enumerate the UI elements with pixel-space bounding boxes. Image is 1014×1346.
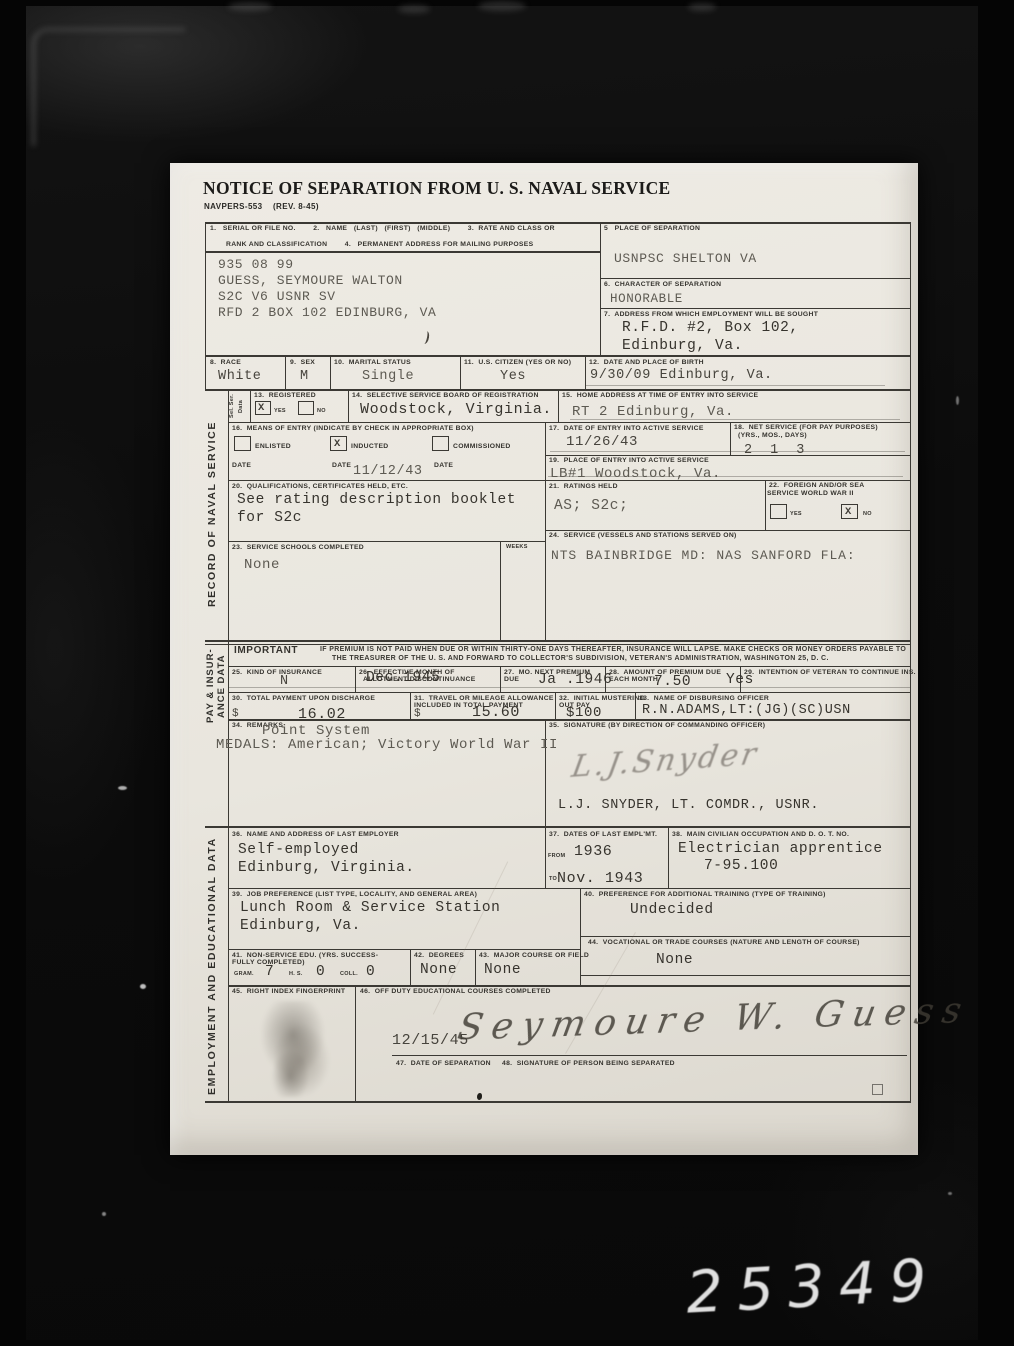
checkbox-inducted-mark: X xyxy=(334,438,340,450)
field-effective-month: Dec.1945 xyxy=(366,670,440,686)
label-additional-training: 40. PREFERENCE FOR ADDITIONAL TRAINING (… xyxy=(584,891,826,898)
label-disbursing-officer: 33. NAME OF DISBURSING OFFICER xyxy=(639,695,769,702)
field-qualifications-2: for S2c xyxy=(237,510,302,526)
field-remarks-2: MEDALS: American; Victory World War II xyxy=(216,737,558,753)
field-selective-service-board: Woodstock, Virginia. xyxy=(360,401,552,418)
label-rank-address: RANK AND CLASSIFICATION 4. PERMANENT ADD… xyxy=(226,241,533,248)
label-foreign-sea-service-1: 22. FOREIGN AND/OR SEA xyxy=(769,482,864,489)
photo-smudge xyxy=(688,3,716,11)
label-intention-continue: 29. INTENTION OF VETERAN TO CONTINUE INS… xyxy=(744,669,916,676)
field-job-preference-2: Edinburg, Va. xyxy=(240,918,361,934)
field-total-payment-dollar: $ xyxy=(232,708,239,720)
label-qualifications: 20. QUALIFICATIONS, CERTIFICATES HELD, E… xyxy=(232,483,408,490)
rule xyxy=(205,644,910,645)
label-non-service-edu-1: 41. NON-SERVICE EDU. (YRS. SUCCESS- xyxy=(232,952,378,959)
checkbox-registered-no xyxy=(298,401,314,415)
field-mustering-out-pay: $100 xyxy=(566,705,602,721)
rule xyxy=(205,355,910,357)
section-label-record-of-naval-service: RECORD OF NAVAL SERVICE xyxy=(206,425,218,607)
section-label-selective-service-2: Data xyxy=(238,393,244,419)
label-date-inducted: DATE xyxy=(332,462,351,469)
field-last-employer-1: Self-employed xyxy=(238,842,359,858)
label-marital-status: 10. MARITAL STATUS xyxy=(334,359,411,366)
field-ratings-held: AS; S2c; xyxy=(554,498,628,514)
field-service-vessels-stations: NTS BAINBRIDGE MD: NAS SANFORD FLA: xyxy=(551,548,856,563)
rule xyxy=(250,389,251,422)
label-kind-of-insurance: 25. KIND OF INSURANCE xyxy=(232,669,322,676)
label-means-of-entry: 16. MEANS OF ENTRY (INDICATE BY CHECK IN… xyxy=(232,425,474,432)
field-dot-number: 7-95.100 xyxy=(704,858,778,874)
scanned-photo: 25349 NOTICE OF SEPARATION FROM U. S. NA… xyxy=(0,0,1014,1346)
field-name: GUESS, SEYMOURE WALTON xyxy=(218,273,403,288)
rule xyxy=(460,355,461,389)
label-employment-to: TO xyxy=(549,876,557,882)
section-label-pay-insurance-2: ANCE DATA xyxy=(216,649,227,723)
photo-smudge xyxy=(228,2,272,11)
label-commissioned: COMMISSIONED xyxy=(453,443,511,450)
label-important: IMPORTANT xyxy=(234,645,298,656)
document-paper: NOTICE OF SEPARATION FROM U. S. NAVAL SE… xyxy=(170,163,918,1155)
photo-frame-corner xyxy=(32,28,185,146)
label-last-employer: 36. NAME AND ADDRESS OF LAST EMPLOYER xyxy=(232,831,399,838)
field-home-address-entry: RT 2 Edinburg, Va. xyxy=(572,404,734,420)
field-travel-allowance: 15.60 xyxy=(472,704,520,721)
rule xyxy=(558,389,559,422)
rule xyxy=(228,985,910,987)
label-place-entry-active-service: 19. PLACE OF ENTRY INTO ACTIVE SERVICE xyxy=(549,457,709,464)
label-employment-from: FROM xyxy=(548,853,565,859)
field-place-entry-active-service: LB#1 Woodstock, Va. xyxy=(550,466,721,482)
field-sex: M xyxy=(300,369,309,384)
label-registered: 13. REGISTERED xyxy=(254,392,316,399)
label-travel-allowance-1: 31. TRAVEL OR MILEAGE ALLOWANCE xyxy=(414,695,554,702)
field-last-employer-2: Edinburg, Virginia. xyxy=(238,860,415,876)
rule xyxy=(585,385,885,386)
rule xyxy=(600,308,910,309)
field-disbursing-officer: R.N.ADAMS,LT:(JG)(SC)USN xyxy=(642,703,851,718)
rule xyxy=(668,828,669,888)
rule xyxy=(765,480,766,530)
photo-speck xyxy=(102,1212,106,1216)
rule xyxy=(500,541,501,640)
photo-speck xyxy=(118,786,127,790)
label-civilian-occupation: 38. MAIN CIVILIAN OCCUPATION AND D. O. T… xyxy=(672,831,849,838)
rule xyxy=(285,355,286,389)
field-date-entry-active-service: 11/26/43 xyxy=(566,434,638,450)
rule xyxy=(545,530,910,531)
label-sex: 9. SEX xyxy=(290,359,315,366)
rule xyxy=(545,828,546,888)
rule xyxy=(228,949,580,950)
rule xyxy=(585,355,586,389)
field-serial-number: 935 08 99 xyxy=(218,257,294,272)
ink-blot xyxy=(477,1093,482,1100)
field-travel-allowance-dollar: $ xyxy=(414,708,421,720)
label-high-school: H. S. xyxy=(289,971,303,977)
field-college-years: 0 xyxy=(366,964,375,980)
field-net-service: 2 1 3 xyxy=(744,443,805,458)
form-number: NAVPERS-553 (REV. 8-45) xyxy=(204,202,319,211)
label-mustering-out-pay-1: 32. INITIAL MUSTERING xyxy=(559,695,645,702)
rule xyxy=(500,666,501,692)
label-place-of-separation: 5 PLACE OF SEPARATION xyxy=(604,225,700,232)
field-induction-date: 11/12/43 xyxy=(353,464,423,479)
label-grammar-school: GRAM. xyxy=(234,971,254,977)
rule xyxy=(580,888,581,985)
rule xyxy=(730,422,731,455)
label-total-payment: 30. TOTAL PAYMENT UPON DISCHARGE xyxy=(232,695,375,702)
stray-pen-mark xyxy=(421,330,431,344)
rule xyxy=(410,692,411,719)
label-service-vessels-stations: 24. SERVICE (VESSELS AND STATIONS SERVED… xyxy=(549,532,737,539)
field-grammar-years: 7 xyxy=(265,964,274,980)
rule xyxy=(545,422,546,640)
label-registered-no: NO xyxy=(317,408,326,414)
rule xyxy=(205,826,910,828)
field-premium-amount: 7.50 xyxy=(654,674,691,690)
field-civilian-occupation: Electrician apprentice xyxy=(678,841,883,857)
photo-speck xyxy=(948,1192,952,1195)
field-commanding-officer-name: L.J. SNYDER, LT. COMDR., USNR. xyxy=(558,798,819,813)
label-registered-yes: YES xyxy=(274,408,286,414)
field-intention-continue: Yes xyxy=(726,672,754,688)
label-enlisted: ENLISTED xyxy=(255,443,291,450)
document-title: NOTICE OF SEPARATION FROM U. S. NAVAL SE… xyxy=(203,178,670,199)
commanding-officer-signature-script: L.J.Snyder xyxy=(569,736,762,785)
label-net-service: 18. NET SERVICE (FOR PAY PURPOSES) xyxy=(734,424,878,431)
photo-smudge xyxy=(398,5,430,13)
rule xyxy=(228,422,910,423)
checkbox-enlisted xyxy=(234,436,251,451)
field-marital-status: Single xyxy=(362,369,414,384)
rule xyxy=(555,692,556,719)
field-major-course: None xyxy=(484,962,521,978)
label-sea-service-yes: YES xyxy=(790,511,802,517)
rule xyxy=(600,278,910,279)
label-ratings-held: 21. RATINGS HELD xyxy=(549,483,618,490)
rule xyxy=(580,975,910,976)
label-employment-address: 7. ADDRESS FROM WHICH EMPLOYMENT WILL BE… xyxy=(604,311,818,318)
rule xyxy=(228,541,545,542)
label-race: 8. RACE xyxy=(210,359,241,366)
field-character-of-separation: HONORABLE xyxy=(610,292,683,306)
field-rate-class: S2C V6 USNR SV xyxy=(218,289,336,304)
important-text-2: THE TREASURER OF THE U. S. AND FORWARD T… xyxy=(332,655,829,662)
signature-rule xyxy=(392,1055,907,1056)
checkbox-commissioned xyxy=(432,436,449,451)
label-right-index-fingerprint: 45. RIGHT INDEX FINGERPRINT xyxy=(232,988,345,995)
rule xyxy=(910,222,911,1103)
separated-person-signature-script: Seymoure W. Guess xyxy=(455,990,974,1049)
label-sea-service-no: NO xyxy=(863,511,872,517)
label-premium-amount-2: EACH MONTH xyxy=(609,676,658,683)
label-employment-dates: 37. DATES OF LAST EMPL'MT. xyxy=(549,831,657,838)
section-label-pay-insurance-1: PAY & INSUR- xyxy=(205,645,216,727)
rule xyxy=(205,222,206,389)
field-qualifications-1: See rating description booklet xyxy=(237,492,516,508)
label-date-entry-active-service: 17. DATE OF ENTRY INTO ACTIVE SERVICE xyxy=(549,425,704,432)
rule xyxy=(600,222,601,355)
small-square-mark xyxy=(872,1084,883,1095)
field-place-of-separation: USNPSC SHELTON VA xyxy=(614,251,757,266)
rule xyxy=(580,936,910,937)
rule xyxy=(205,222,910,224)
rule xyxy=(545,719,546,826)
field-additional-training: Undecided xyxy=(630,902,714,918)
field-service-schools: None xyxy=(244,557,280,573)
fingerprint-impression xyxy=(256,1001,338,1097)
label-selective-service-board: 14. SELECTIVE SERVICE BOARD OF REGISTRAT… xyxy=(352,392,539,399)
rule xyxy=(228,666,910,667)
field-employment-to: Nov. 1943 xyxy=(557,870,643,887)
rule xyxy=(355,666,356,692)
rule xyxy=(475,949,476,985)
field-job-preference-1: Lunch Room & Service Station xyxy=(240,900,500,916)
section-label-employment-educational: EMPLOYMENT AND EDUCATIONAL DATA xyxy=(206,829,218,1103)
field-birth: 9/30/09 Edinburg, Va. xyxy=(590,368,773,383)
label-next-premium-2: DUE xyxy=(504,676,519,683)
label-date-commissioned: DATE xyxy=(434,462,453,469)
label-birth: 12. DATE AND PLACE OF BIRTH xyxy=(589,359,704,366)
label-off-duty-courses: 46. OFF DUTY EDUCATIONAL COURSES COMPLET… xyxy=(360,988,551,995)
rule xyxy=(228,888,910,889)
rule xyxy=(550,451,905,452)
rule xyxy=(410,949,411,985)
label-inducted: INDUCTED xyxy=(351,443,389,450)
field-employment-from: 1936 xyxy=(574,843,612,860)
label-commanding-officer-signature: 35. SIGNATURE (BY DIRECTION OF COMMANDIN… xyxy=(549,722,765,729)
photo-speck xyxy=(956,396,959,405)
checkbox-sea-service-no-mark: X xyxy=(845,506,851,518)
rule xyxy=(205,251,600,253)
rule xyxy=(228,692,910,693)
important-text-1: IF PREMIUM IS NOT PAID WHEN DUE OR WITHI… xyxy=(320,646,906,653)
rule xyxy=(205,640,910,642)
rule xyxy=(330,355,331,389)
field-kind-of-insurance: N xyxy=(280,674,289,689)
field-employment-address-1: R.F.D. #2, Box 102, xyxy=(622,320,799,336)
field-mailing-address: RFD 2 BOX 102 EDINBURG, VA xyxy=(218,305,436,320)
label-date-enlisted: DATE xyxy=(232,462,251,469)
section-label-selective-service: Sel. Ser. xyxy=(229,391,235,421)
label-college: COLL. xyxy=(340,971,358,977)
field-employment-address-2: Edinburg, Va. xyxy=(622,338,743,354)
checkbox-sea-service-yes xyxy=(770,504,787,519)
label-us-citizen: 11. U.S. CITIZEN (YES OR NO) xyxy=(464,359,571,366)
label-date-of-separation: 47. DATE OF SEPARATION xyxy=(396,1060,491,1067)
label-weeks: WEEKS xyxy=(506,544,528,550)
label-job-preference: 39. JOB PREFERENCE (LIST TYPE, LOCALITY,… xyxy=(232,891,477,898)
label-service-schools: 23. SERVICE SCHOOLS COMPLETED xyxy=(232,544,364,551)
rule xyxy=(545,455,910,456)
photo-smudge xyxy=(478,1,526,11)
label-major-course: 43. MAJOR COURSE OR FIELD xyxy=(479,952,589,959)
label-character-of-separation: 6. CHARACTER OF SEPARATION xyxy=(604,281,721,288)
label-foreign-sea-service-2: SERVICE WORLD WAR II xyxy=(767,490,854,497)
rule xyxy=(355,985,356,1101)
field-vocational-courses: None xyxy=(656,952,693,968)
label-net-service-units: (YRS., MOS., DAYS) xyxy=(738,432,807,439)
label-home-address-entry: 15. HOME ADDRESS AT TIME OF ENTRY INTO S… xyxy=(562,392,758,399)
rule xyxy=(348,389,349,422)
label-serial-name-rate: 1. SERIAL OR FILE NO. 2. NAME (LAST) (FI… xyxy=(210,225,555,232)
checkbox-registered-yes-mark: X xyxy=(258,402,264,414)
photo-speck xyxy=(140,984,146,989)
field-us-citizen: Yes xyxy=(500,369,526,384)
field-race: White xyxy=(218,369,262,384)
field-high-school-years: 0 xyxy=(316,964,325,980)
catalog-number: 25349 xyxy=(684,1245,942,1326)
field-next-premium: Ja .1946 xyxy=(538,672,612,688)
label-degrees: 42. DEGREES xyxy=(414,952,464,959)
field-total-payment: 16.02 xyxy=(298,706,346,723)
label-signature-person-separated: 48. SIGNATURE OF PERSON BEING SEPARATED xyxy=(502,1060,675,1067)
rule xyxy=(205,1101,910,1103)
